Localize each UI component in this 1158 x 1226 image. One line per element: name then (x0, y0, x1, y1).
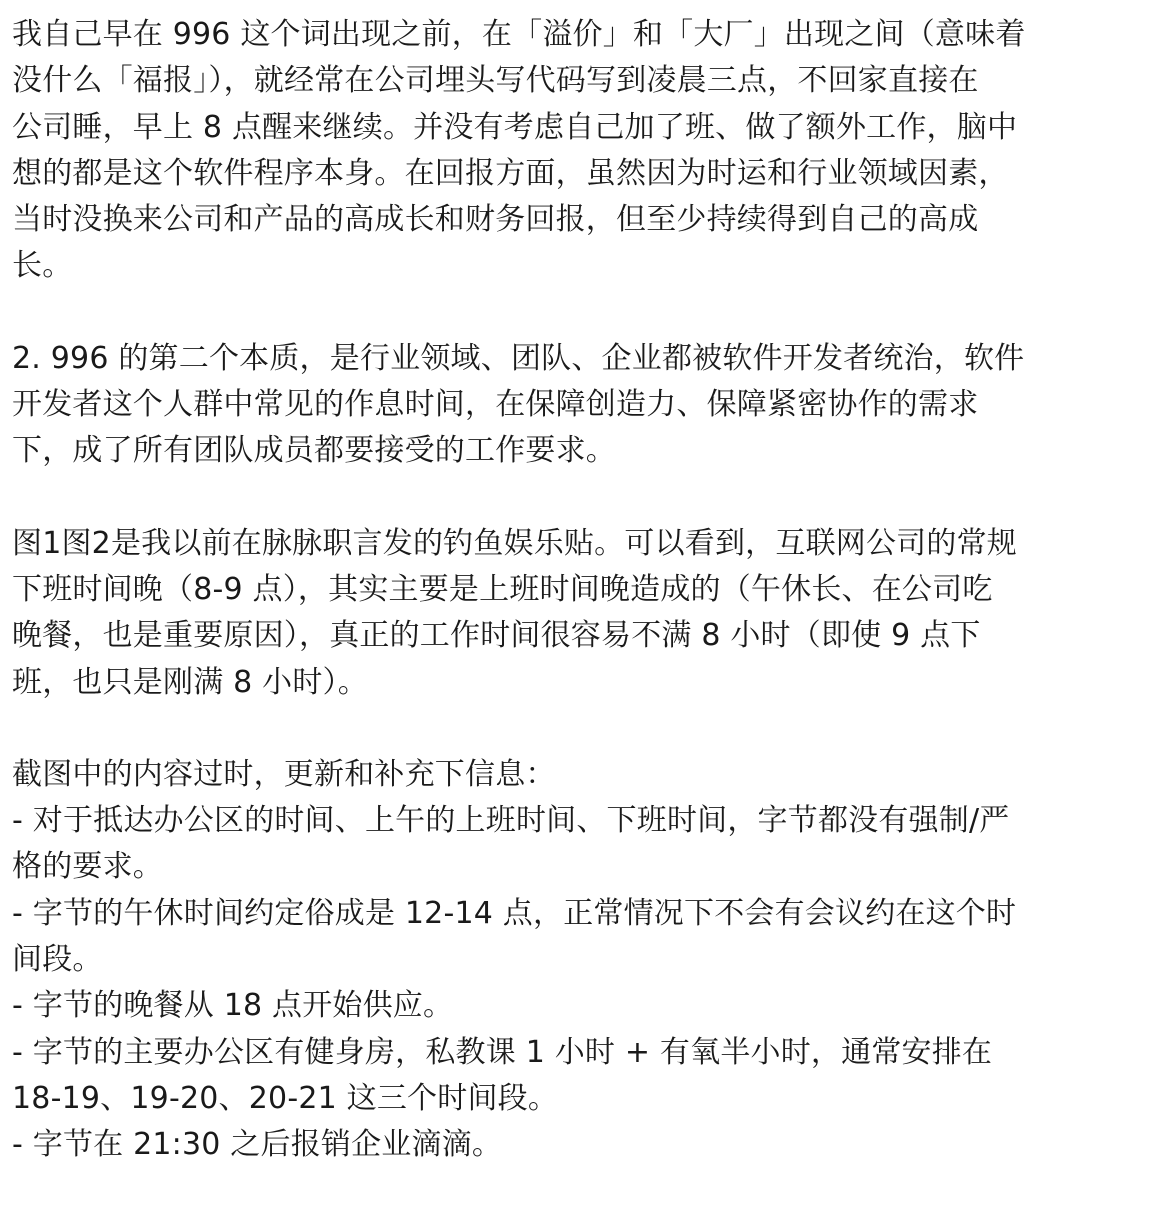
text-line: 长。 (12, 243, 1158, 289)
text-line: 公司睡，早上 8 点醒来继续。并没有考虑自己加了班、做了额外工作，脑中 (12, 105, 1158, 151)
list-item: - 字节的主要办公区有健身房，私教课 1 小时 + 有氧半小时，通常安排在 (12, 1030, 1158, 1076)
list-item: - 字节的晚餐从 18 点开始供应。 (12, 983, 1158, 1029)
list-item: - 对于抵达办公区的时间、上午的上班时间、下班时间，字节都没有强制/严 (12, 798, 1158, 844)
document-body: 我自己早在 996 这个词出现之前，在「溢价」和「大厂」出现之间（意味着 没什么… (0, 0, 1158, 1169)
list-item-continuation: 18-19、19-20、20-21 这三个时间段。 (12, 1076, 1158, 1122)
paragraph-personal-experience: 我自己早在 996 这个词出现之前，在「溢价」和「大厂」出现之间（意味着 没什么… (12, 12, 1158, 290)
list-item-continuation: 间段。 (12, 937, 1158, 983)
text-line: 图1图2是我以前在脉脉职言发的钓鱼娱乐贴。可以看到，互联网公司的常规 (12, 521, 1158, 567)
text-line: 晚餐，也是重要原因），真正的工作时间很容易不满 8 小时（即使 9 点下 (12, 613, 1158, 659)
text-line: 想的都是这个软件程序本身。在回报方面，虽然因为时运和行业领域因素， (12, 151, 1158, 197)
text-line: 下，成了所有团队成员都要接受的工作要求。 (12, 428, 1158, 474)
text-line: 2. 996 的第二个本质，是行业领域、团队、企业都被软件开发者统治，软件 (12, 336, 1158, 382)
list-heading: 截图中的内容过时，更新和补充下信息： (12, 752, 1158, 798)
text-line: 开发者这个人群中常见的作息时间，在保障创造力、保障紧密协作的需求 (12, 382, 1158, 428)
paragraph-second-essence: 2. 996 的第二个本质，是行业领域、团队、企业都被软件开发者统治，软件 开发… (12, 336, 1158, 475)
list-item: - 字节的午休时间约定俗成是 12-14 点，正常情况下不会有会议约在这个时 (12, 891, 1158, 937)
list-item: - 字节在 21:30 之后报销企业滴滴。 (12, 1122, 1158, 1168)
text-line: 没什么「福报」），就经常在公司埋头写代码写到凌晨三点，不回家直接在 (12, 58, 1158, 104)
text-line: 当时没换来公司和产品的高成长和财务回报，但至少持续得到自己的高成 (12, 197, 1158, 243)
paragraph-updates-list: 截图中的内容过时，更新和补充下信息： - 对于抵达办公区的时间、上午的上班时间、… (12, 752, 1158, 1169)
text-line: 我自己早在 996 这个词出现之前，在「溢价」和「大厂」出现之间（意味着 (12, 12, 1158, 58)
paragraph-figures-note: 图1图2是我以前在脉脉职言发的钓鱼娱乐贴。可以看到，互联网公司的常规 下班时间晚… (12, 521, 1158, 706)
text-line: 下班时间晚（8-9 点），其实主要是上班时间晚造成的（午休长、在公司吃 (12, 567, 1158, 613)
list-item-continuation: 格的要求。 (12, 844, 1158, 890)
text-line: 班，也只是刚满 8 小时）。 (12, 660, 1158, 706)
